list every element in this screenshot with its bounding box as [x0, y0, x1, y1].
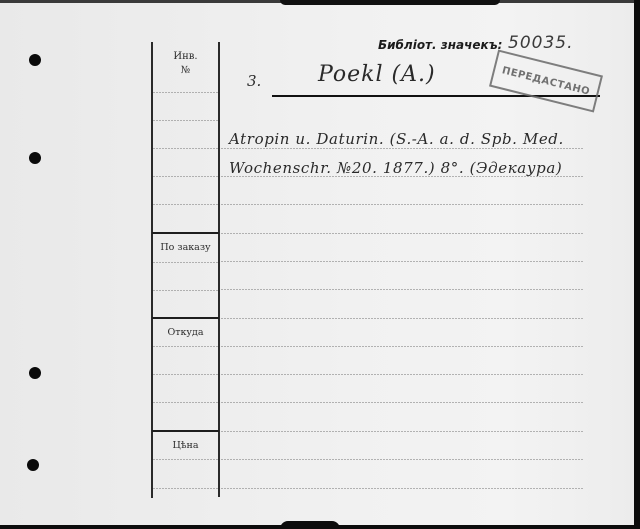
ruled-line: [221, 374, 583, 375]
ruled-line: [153, 120, 218, 121]
punch-hole: [29, 54, 41, 66]
ruled-line: [153, 290, 218, 291]
shelfmark-label: Библіот. значекъ:: [378, 38, 502, 52]
ruled-line: [153, 204, 218, 205]
inventory-number-label: Инв. №: [152, 50, 219, 78]
ruled-line: [221, 233, 583, 234]
ruled-line: [153, 374, 218, 375]
punch-hole: [29, 367, 41, 379]
ruled-line: [221, 261, 583, 262]
ruled-line: [153, 262, 218, 263]
ruled-line: [221, 318, 583, 319]
stamp-text: ПЕРЕДАСТАНО: [501, 65, 591, 98]
section-divider: [152, 430, 219, 432]
section-divider: [152, 232, 219, 234]
punch-hole: [29, 152, 41, 164]
ruled-line: [221, 289, 583, 290]
ruled-line: [153, 459, 218, 460]
ruled-line: [221, 346, 583, 347]
entry-number: 3.: [247, 72, 261, 90]
card-bottom-shadow: [280, 521, 340, 529]
card-right-edge: [634, 0, 640, 529]
ruled-line: [221, 402, 583, 403]
source-label: Откуда: [152, 327, 219, 338]
shelfmark-value: 50035.: [508, 33, 573, 53]
left-column-border-right: [218, 42, 220, 497]
inventory-label-line1: Инв.: [152, 50, 219, 64]
punch-hole: [27, 459, 39, 471]
ruled-line: [221, 148, 583, 149]
section-divider: [152, 317, 219, 319]
order-label: По заказу: [152, 242, 219, 253]
transferred-stamp: ПЕРЕДАСТАНО: [489, 50, 603, 113]
ruled-line: [221, 459, 583, 460]
ruled-line: [153, 488, 218, 489]
ruled-line: [221, 204, 583, 205]
ruled-line: [221, 488, 583, 489]
price-label: Цѣна: [152, 440, 219, 451]
catalog-card: Инв. № По заказу Откуда Цѣна Библіот. зн…: [0, 0, 636, 525]
inventory-label-line2: №: [152, 64, 219, 78]
ruled-line: [221, 431, 583, 432]
description-line-2: Wochenschr. №20. 1877.) 8°. (Эдекаура): [229, 159, 562, 177]
ruled-line: [153, 92, 218, 93]
author-heading: Poekl (A.): [318, 62, 436, 87]
ruled-line: [153, 148, 218, 149]
description-line-1: Atropin u. Daturin. (S.-A. a. d. Spb. Me…: [229, 130, 564, 148]
ruled-line: [153, 402, 218, 403]
card-top-shadow: [280, 0, 500, 5]
ruled-line: [153, 346, 218, 347]
ruled-line: [153, 176, 218, 177]
